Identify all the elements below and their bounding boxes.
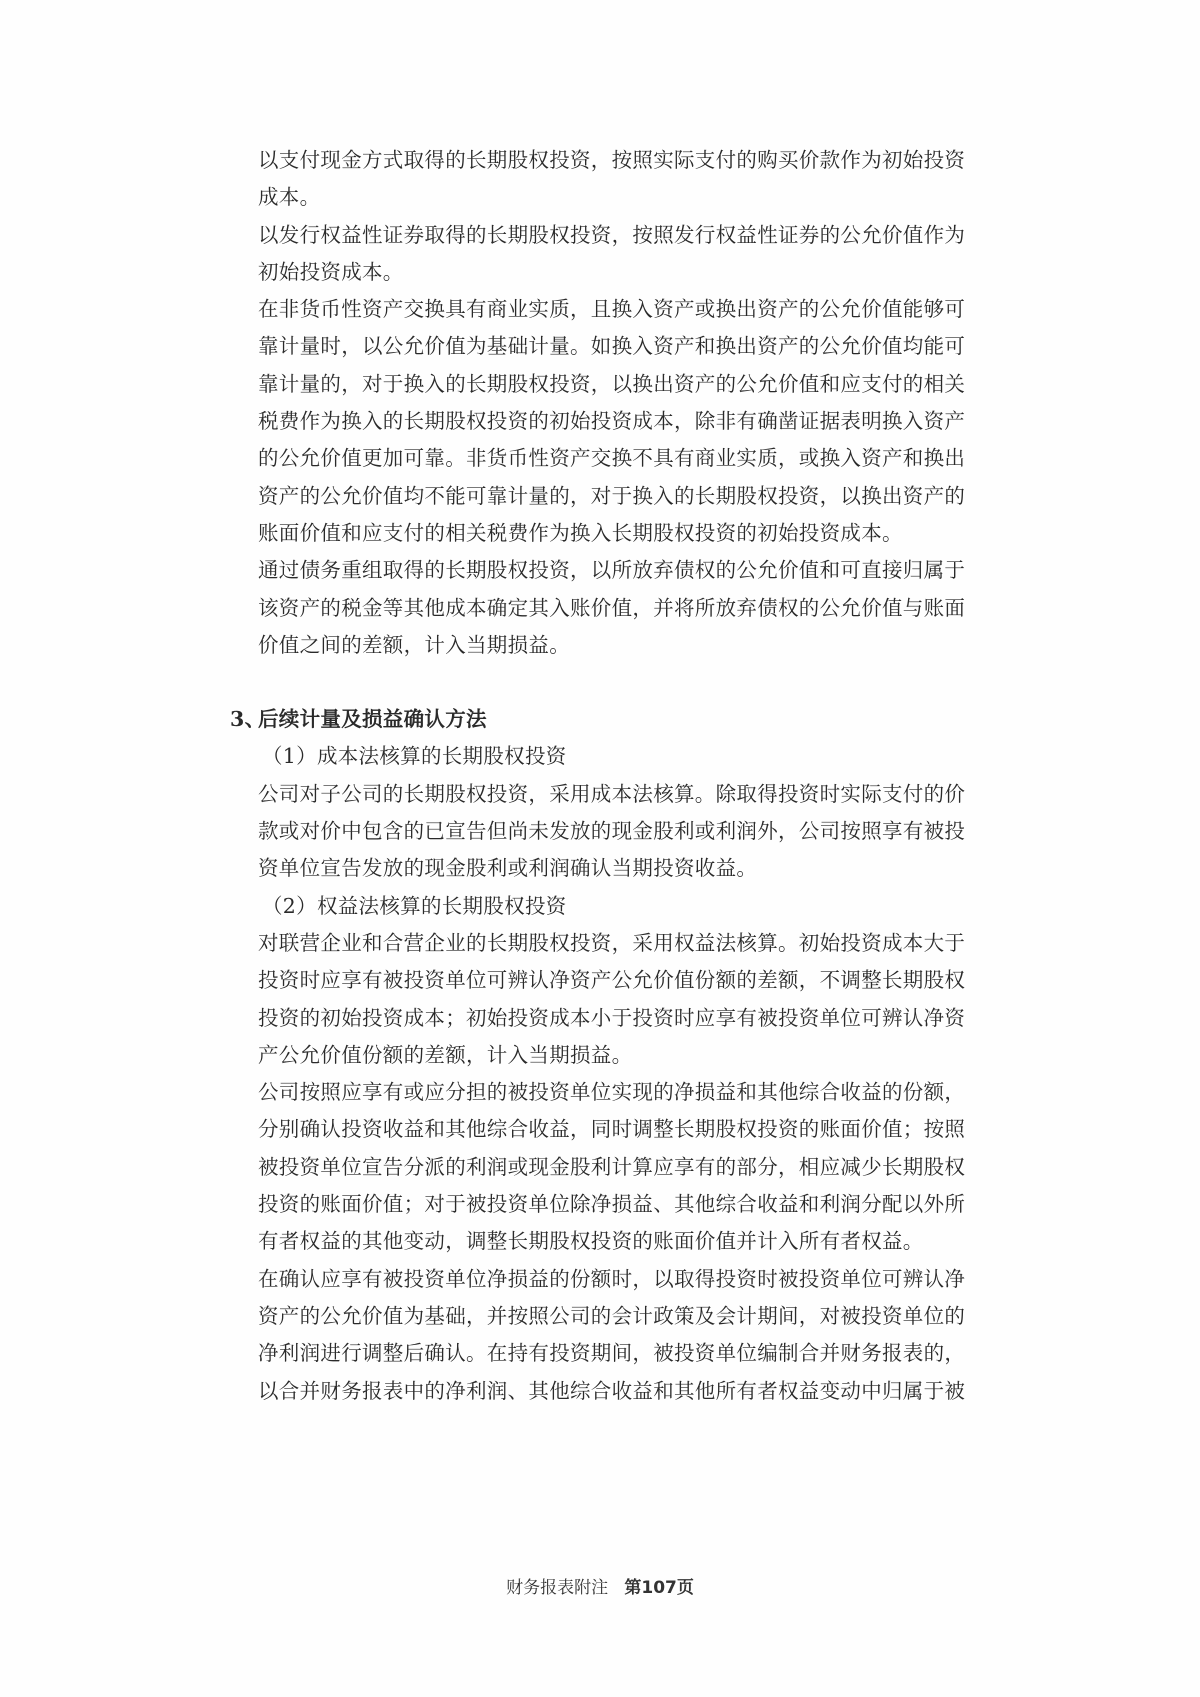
text-line: 靠计量的，对于换入的长期股权投资，以换出资产的公允价值和应支付的相关 xyxy=(258,366,948,403)
text-line: 对联营企业和合营企业的长期股权投资，采用权益法核算。初始投资成本大于 xyxy=(258,925,948,962)
paragraph-equity-method-initial: 对联营企业和合营企业的长期股权投资，采用权益法核算。初始投资成本大于 投资时应享… xyxy=(258,925,948,1074)
text-line: 成本。 xyxy=(258,179,948,216)
body-text: 以支付现金方式取得的长期股权投资，按照实际支付的购买价款作为初始投资 成本。 以… xyxy=(258,142,948,1410)
text-line: 资产的公允价值均不能可靠计量的，对于换入的长期股权投资，以换出资产的 xyxy=(258,478,948,515)
text-line: 有者权益的其他变动，调整长期股权投资的账面价值并计入所有者权益。 xyxy=(258,1223,948,1260)
footer-label: 财务报表附注 xyxy=(506,1578,608,1598)
paragraph-debt-restructuring: 通过债务重组取得的长期股权投资，以所放弃债权的公允价值和可直接归属于 该资产的税… xyxy=(258,552,948,664)
paragraph-equity-method-adjustments: 公司按照应享有或应分担的被投资单位实现的净损益和其他综合收益的份额， 分别确认投… xyxy=(258,1074,948,1260)
text-line: 账面价值和应支付的相关税费作为换入长期股权投资的初始投资成本。 xyxy=(258,515,948,552)
text-line: 资产的公允价值为基础，并按照公司的会计政策及会计期间，对被投资单位的 xyxy=(258,1298,948,1335)
subsection-title-equity-method: （2）权益法核算的长期股权投资 xyxy=(258,888,948,925)
text-line: 公司对子公司的长期股权投资，采用成本法核算。除取得投资时实际支付的价 xyxy=(258,776,948,813)
section-spacer xyxy=(258,664,948,701)
text-line: 公司按照应享有或应分担的被投资单位实现的净损益和其他综合收益的份额， xyxy=(258,1074,948,1111)
text-line: 价值之间的差额，计入当期损益。 xyxy=(258,627,948,664)
text-line: 在非货币性资产交换具有商业实质，且换入资产或换出资产的公允价值能够可 xyxy=(258,291,948,328)
paragraph-non-monetary-exchange: 在非货币性资产交换具有商业实质，且换入资产或换出资产的公允价值能够可 靠计量时，… xyxy=(258,291,948,552)
text-line: 该资产的税金等其他成本确定其入账价值，并将所放弃债权的公允价值与账面 xyxy=(258,590,948,627)
paragraph-equity-method-net-profit: 在确认应享有被投资单位净损益的份额时，以取得投资时被投资单位可辨认净 资产的公允… xyxy=(258,1261,948,1410)
paragraph-cost-method: 公司对子公司的长期股权投资，采用成本法核算。除取得投资时实际支付的价 款或对价中… xyxy=(258,776,948,888)
paragraph-equity-securities: 以发行权益性证券取得的长期股权投资，按照发行权益性证券的公允价值作为 初始投资成… xyxy=(258,217,948,292)
text-line: 产公允价值份额的差额，计入当期损益。 xyxy=(258,1037,948,1074)
section-heading: 3、 后续计量及损益确认方法 xyxy=(258,701,948,738)
page-number: 第107页 xyxy=(624,1578,694,1598)
text-line: 的公允价值更加可靠。非货币性资产交换不具有商业实质，或换入资产和换出 xyxy=(258,440,948,477)
text-line: 以发行权益性证券取得的长期股权投资，按照发行权益性证券的公允价值作为 xyxy=(258,217,948,254)
text-line: 在确认应享有被投资单位净损益的份额时，以取得投资时被投资单位可辨认净 xyxy=(258,1261,948,1298)
page-footer: 财务报表附注 第107页 xyxy=(0,1573,1200,1598)
text-line: 税费作为换入的长期股权投资的初始投资成本，除非有确凿证据表明换入资产 xyxy=(258,403,948,440)
text-line: 被投资单位宣告分派的利润或现金股利计算应享有的部分，相应减少长期股权 xyxy=(258,1149,948,1186)
text-line: 投资的初始投资成本；初始投资成本小于投资时应享有被投资单位可辨认净资 xyxy=(258,1000,948,1037)
text-line: 投资时应享有被投资单位可辨认净资产公允价值份额的差额，不调整长期股权 xyxy=(258,962,948,999)
text-line: 通过债务重组取得的长期股权投资，以所放弃债权的公允价值和可直接归属于 xyxy=(258,552,948,589)
section-title: 后续计量及损益确认方法 xyxy=(258,707,487,731)
text-line: 以支付现金方式取得的长期股权投资，按照实际支付的购买价款作为初始投资 xyxy=(258,142,948,179)
section-number: 3、 xyxy=(230,701,265,738)
text-line: 净利润进行调整后确认。在持有投资期间，被投资单位编制合并财务报表的， xyxy=(258,1335,948,1372)
paragraph-cash-acquisition: 以支付现金方式取得的长期股权投资，按照实际支付的购买价款作为初始投资 成本。 xyxy=(258,142,948,217)
text-line: 投资的账面价值；对于被投资单位除净损益、其他综合收益和利润分配以外所 xyxy=(258,1186,948,1223)
text-line: 初始投资成本。 xyxy=(258,254,948,291)
text-line: 以合并财务报表中的净利润、其他综合收益和其他所有者权益变动中归属于被 xyxy=(258,1373,948,1410)
text-line: 款或对价中包含的已宣告但尚未发放的现金股利或利润外，公司按照享有被投 xyxy=(258,813,948,850)
text-line: 资单位宣告发放的现金股利或利润确认当期投资收益。 xyxy=(258,850,948,887)
text-line: 分别确认投资收益和其他综合收益，同时调整长期股权投资的账面价值；按照 xyxy=(258,1111,948,1148)
text-line: 靠计量时，以公允价值为基础计量。如换入资产和换出资产的公允价值均能可 xyxy=(258,328,948,365)
document-page: 以支付现金方式取得的长期股权投资，按照实际支付的购买价款作为初始投资 成本。 以… xyxy=(0,0,1200,1697)
subsection-title-cost-method: （1）成本法核算的长期股权投资 xyxy=(258,738,948,775)
